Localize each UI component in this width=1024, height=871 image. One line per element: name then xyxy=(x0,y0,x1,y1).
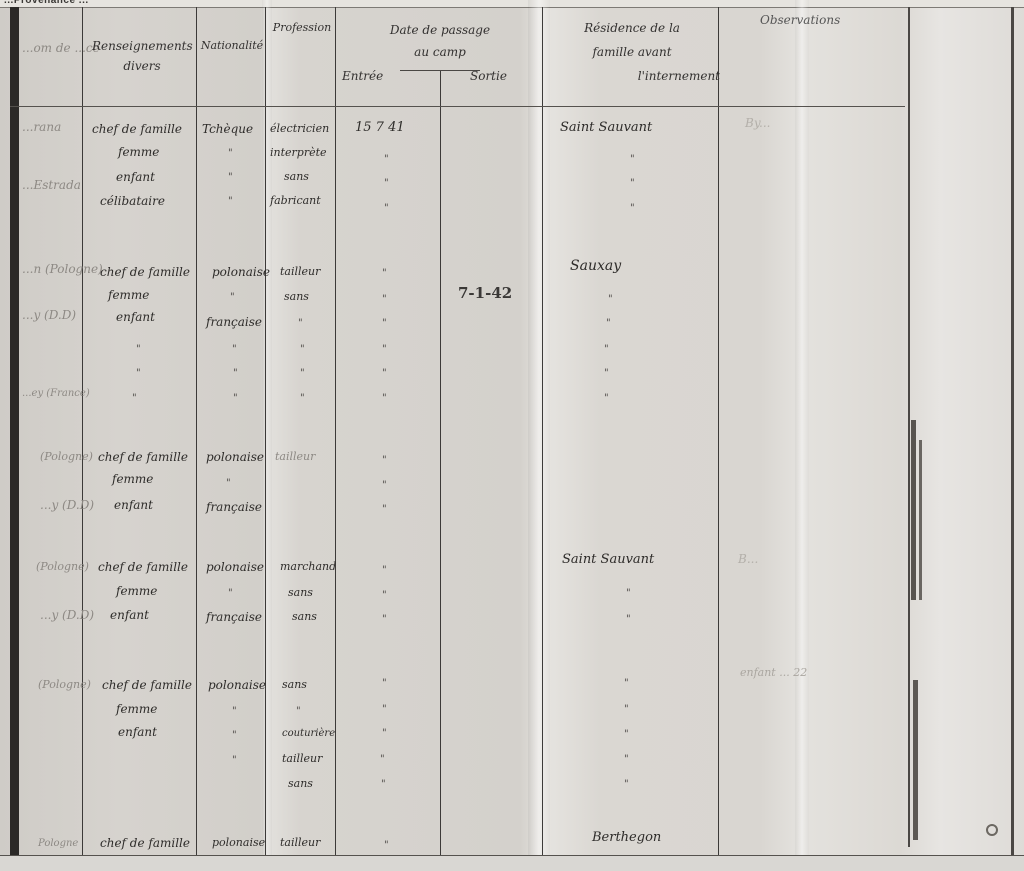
register-page: ...Provenance ... ...om de ...ce Renseig… xyxy=(0,0,1024,871)
ditto-mark: " xyxy=(630,178,635,189)
column-divider xyxy=(335,7,336,855)
name-cell: ...n (Pologne) xyxy=(22,262,103,276)
ditto-mark: " xyxy=(300,393,305,404)
ditto-mark: " xyxy=(604,368,609,379)
ditto-mark: " xyxy=(136,344,141,355)
header-residence-2: famille avant xyxy=(552,44,712,60)
ditto-mark: " xyxy=(382,728,387,739)
header-profession: Profession xyxy=(268,20,336,36)
profession-cell: tailleur xyxy=(280,836,320,849)
residence-cell: Berthegon xyxy=(592,830,661,845)
ditto-mark: " xyxy=(630,154,635,165)
role-cell: femme xyxy=(112,472,153,486)
ditto-mark: " xyxy=(233,368,238,379)
profession-cell: sans xyxy=(284,290,309,303)
ditto-mark: " xyxy=(298,318,303,329)
name-cell: ...y (D.D) xyxy=(40,498,94,512)
ditto-mark: " xyxy=(230,292,235,303)
ditto-mark: " xyxy=(382,614,387,625)
header-renseignements-2: divers xyxy=(92,58,192,74)
residence-cell: Sauxay xyxy=(570,258,621,274)
role-cell: célibataire xyxy=(100,194,165,208)
ditto-mark: " xyxy=(296,706,301,717)
ditto-mark: " xyxy=(606,318,611,329)
column-divider xyxy=(196,7,197,855)
ditto-mark: " xyxy=(626,614,631,625)
tear-mark xyxy=(919,440,922,600)
ditto-mark: " xyxy=(630,203,635,214)
role-cell: chef de famille xyxy=(100,265,190,279)
punch-hole-icon xyxy=(986,824,998,836)
ditto-mark: " xyxy=(384,178,389,189)
ditto-mark: " xyxy=(232,730,237,741)
column-divider xyxy=(542,7,543,855)
column-divider xyxy=(82,7,83,855)
ditto-mark: " xyxy=(300,344,305,355)
profession-cell: fabricant xyxy=(270,194,321,207)
header-rule xyxy=(10,106,905,107)
header-name: ...om de ...ce xyxy=(22,40,100,56)
ditto-mark: " xyxy=(382,565,387,576)
role-cell: enfant xyxy=(110,608,149,622)
role-cell: chef de famille xyxy=(100,836,190,850)
name-cell: ...ey (France) xyxy=(22,388,90,399)
profession-cell: sans xyxy=(284,170,309,183)
ditto-mark: " xyxy=(228,148,233,159)
profession-cell: sans xyxy=(288,586,313,599)
ditto-mark: " xyxy=(384,203,389,214)
role-cell: femme xyxy=(108,288,149,302)
header-sortie: Sortie xyxy=(470,68,507,84)
ditto-mark: " xyxy=(226,478,231,489)
ditto-mark: " xyxy=(382,455,387,466)
header-date-passage-1: Date de passage xyxy=(360,22,520,38)
ditto-mark: " xyxy=(232,706,237,717)
ditto-mark: " xyxy=(384,154,389,165)
fold-crease xyxy=(528,0,550,871)
role-cell: femme xyxy=(116,584,157,598)
header-date-passage-2: au camp xyxy=(370,44,510,60)
ditto-mark: " xyxy=(384,840,389,851)
role-cell: chef de famille xyxy=(92,122,182,136)
column-divider xyxy=(718,7,719,855)
page-edge xyxy=(1011,7,1014,855)
role-cell: chef de famille xyxy=(102,678,192,692)
profession-cell: interprète xyxy=(270,146,327,159)
ditto-mark: " xyxy=(132,393,137,404)
tear-mark xyxy=(911,420,916,600)
top-strip: ...Provenance ... xyxy=(0,0,1024,8)
ditto-mark: " xyxy=(624,729,629,740)
profession-cell: marchand xyxy=(280,560,336,573)
name-cell: (Pologne) xyxy=(38,678,91,691)
ditto-mark: " xyxy=(604,393,609,404)
binding-edge xyxy=(10,7,19,855)
profession-cell: tailleur xyxy=(280,265,320,278)
torn-fold xyxy=(905,0,933,850)
profession-cell: couturière xyxy=(282,728,335,739)
ditto-mark: " xyxy=(624,779,629,790)
profession-cell: sans xyxy=(288,777,313,790)
ditto-mark: " xyxy=(608,294,613,305)
nationality-cell: française xyxy=(206,315,262,329)
role-cell: enfant xyxy=(116,310,155,324)
name-cell: ...rana xyxy=(22,120,61,134)
ditto-mark: " xyxy=(382,704,387,715)
ditto-mark: " xyxy=(136,368,141,379)
tear-mark xyxy=(913,680,918,840)
date-subheader-rule xyxy=(400,70,480,71)
fold-crease xyxy=(795,0,809,871)
ditto-mark: " xyxy=(228,196,233,207)
role-cell: chef de famille xyxy=(98,560,188,574)
name-cell: Pologne xyxy=(38,838,78,849)
ditto-mark: " xyxy=(228,172,233,183)
nationality-cell: polonaise xyxy=(206,450,264,464)
name-cell: (Pologne) xyxy=(40,450,93,463)
profession-cell: sans xyxy=(292,610,317,623)
ditto-mark: " xyxy=(382,393,387,404)
ditto-mark: " xyxy=(228,588,233,599)
header-residence-1: Résidence de la xyxy=(552,20,712,36)
ditto-mark: " xyxy=(382,294,387,305)
ditto-mark: " xyxy=(382,368,387,379)
nationality-cell: française xyxy=(206,500,262,514)
bottom-strip xyxy=(0,856,1024,871)
column-divider xyxy=(440,70,441,855)
ditto-mark: " xyxy=(624,754,629,765)
ditto-mark: " xyxy=(382,590,387,601)
role-cell: enfant xyxy=(116,170,155,184)
ditto-mark: " xyxy=(624,678,629,689)
entree-date: 15 7 41 xyxy=(355,120,405,135)
profession-cell: électricien xyxy=(270,122,329,135)
ditto-mark: " xyxy=(626,588,631,599)
name-cell: ...Estrada xyxy=(22,178,81,192)
header-renseignements-1: Renseignements xyxy=(92,38,192,54)
sortie-date: 7-1-42 xyxy=(458,284,512,302)
nationality-cell: polonaise xyxy=(212,836,265,849)
ditto-mark: " xyxy=(604,344,609,355)
profession-cell: tailleur xyxy=(282,752,322,765)
nationality-cell: polonaise xyxy=(212,265,270,279)
role-cell: femme xyxy=(118,145,159,159)
header-nationalite: Nationalité xyxy=(198,38,266,54)
ditto-mark: " xyxy=(380,754,385,765)
role-cell: enfant xyxy=(114,498,153,512)
ditto-mark: " xyxy=(382,678,387,689)
name-cell: ...y (D.D) xyxy=(22,308,76,322)
observation-cell: B... xyxy=(738,552,758,566)
ditto-mark: " xyxy=(624,704,629,715)
top-strip-text: ...Provenance ... xyxy=(4,0,89,6)
ditto-mark: " xyxy=(233,393,238,404)
name-cell: (Pologne) xyxy=(36,560,89,573)
name-cell: ...y (D.D) xyxy=(40,608,94,622)
profession-cell: tailleur xyxy=(275,450,315,463)
observation-cell: By... xyxy=(745,116,770,130)
ditto-mark: " xyxy=(232,344,237,355)
ditto-mark: " xyxy=(232,755,237,766)
ditto-mark: " xyxy=(381,779,386,790)
ditto-mark: " xyxy=(382,268,387,279)
ditto-mark: " xyxy=(300,368,305,379)
ditto-mark: " xyxy=(382,318,387,329)
role-cell: chef de famille xyxy=(98,450,188,464)
profession-cell: sans xyxy=(282,678,307,691)
residence-cell: Saint Sauvant xyxy=(562,552,654,567)
header-residence-3: l'internement xyxy=(580,68,720,84)
nationality-cell: polonaise xyxy=(208,678,266,692)
ditto-mark: " xyxy=(382,480,387,491)
nationality-cell: polonaise xyxy=(206,560,264,574)
residence-cell: Saint Sauvant xyxy=(560,120,652,135)
nationality-cell: française xyxy=(206,610,262,624)
ditto-mark: " xyxy=(382,504,387,515)
header-observations: Observations xyxy=(760,12,840,28)
ditto-mark: " xyxy=(382,344,387,355)
column-divider xyxy=(265,7,266,855)
nationality-cell: Tchèque xyxy=(202,122,253,136)
role-cell: femme xyxy=(116,702,157,716)
header-entree: Entrée xyxy=(342,68,383,84)
role-cell: enfant xyxy=(118,725,157,739)
observation-cell: enfant ... 22 xyxy=(740,666,807,679)
